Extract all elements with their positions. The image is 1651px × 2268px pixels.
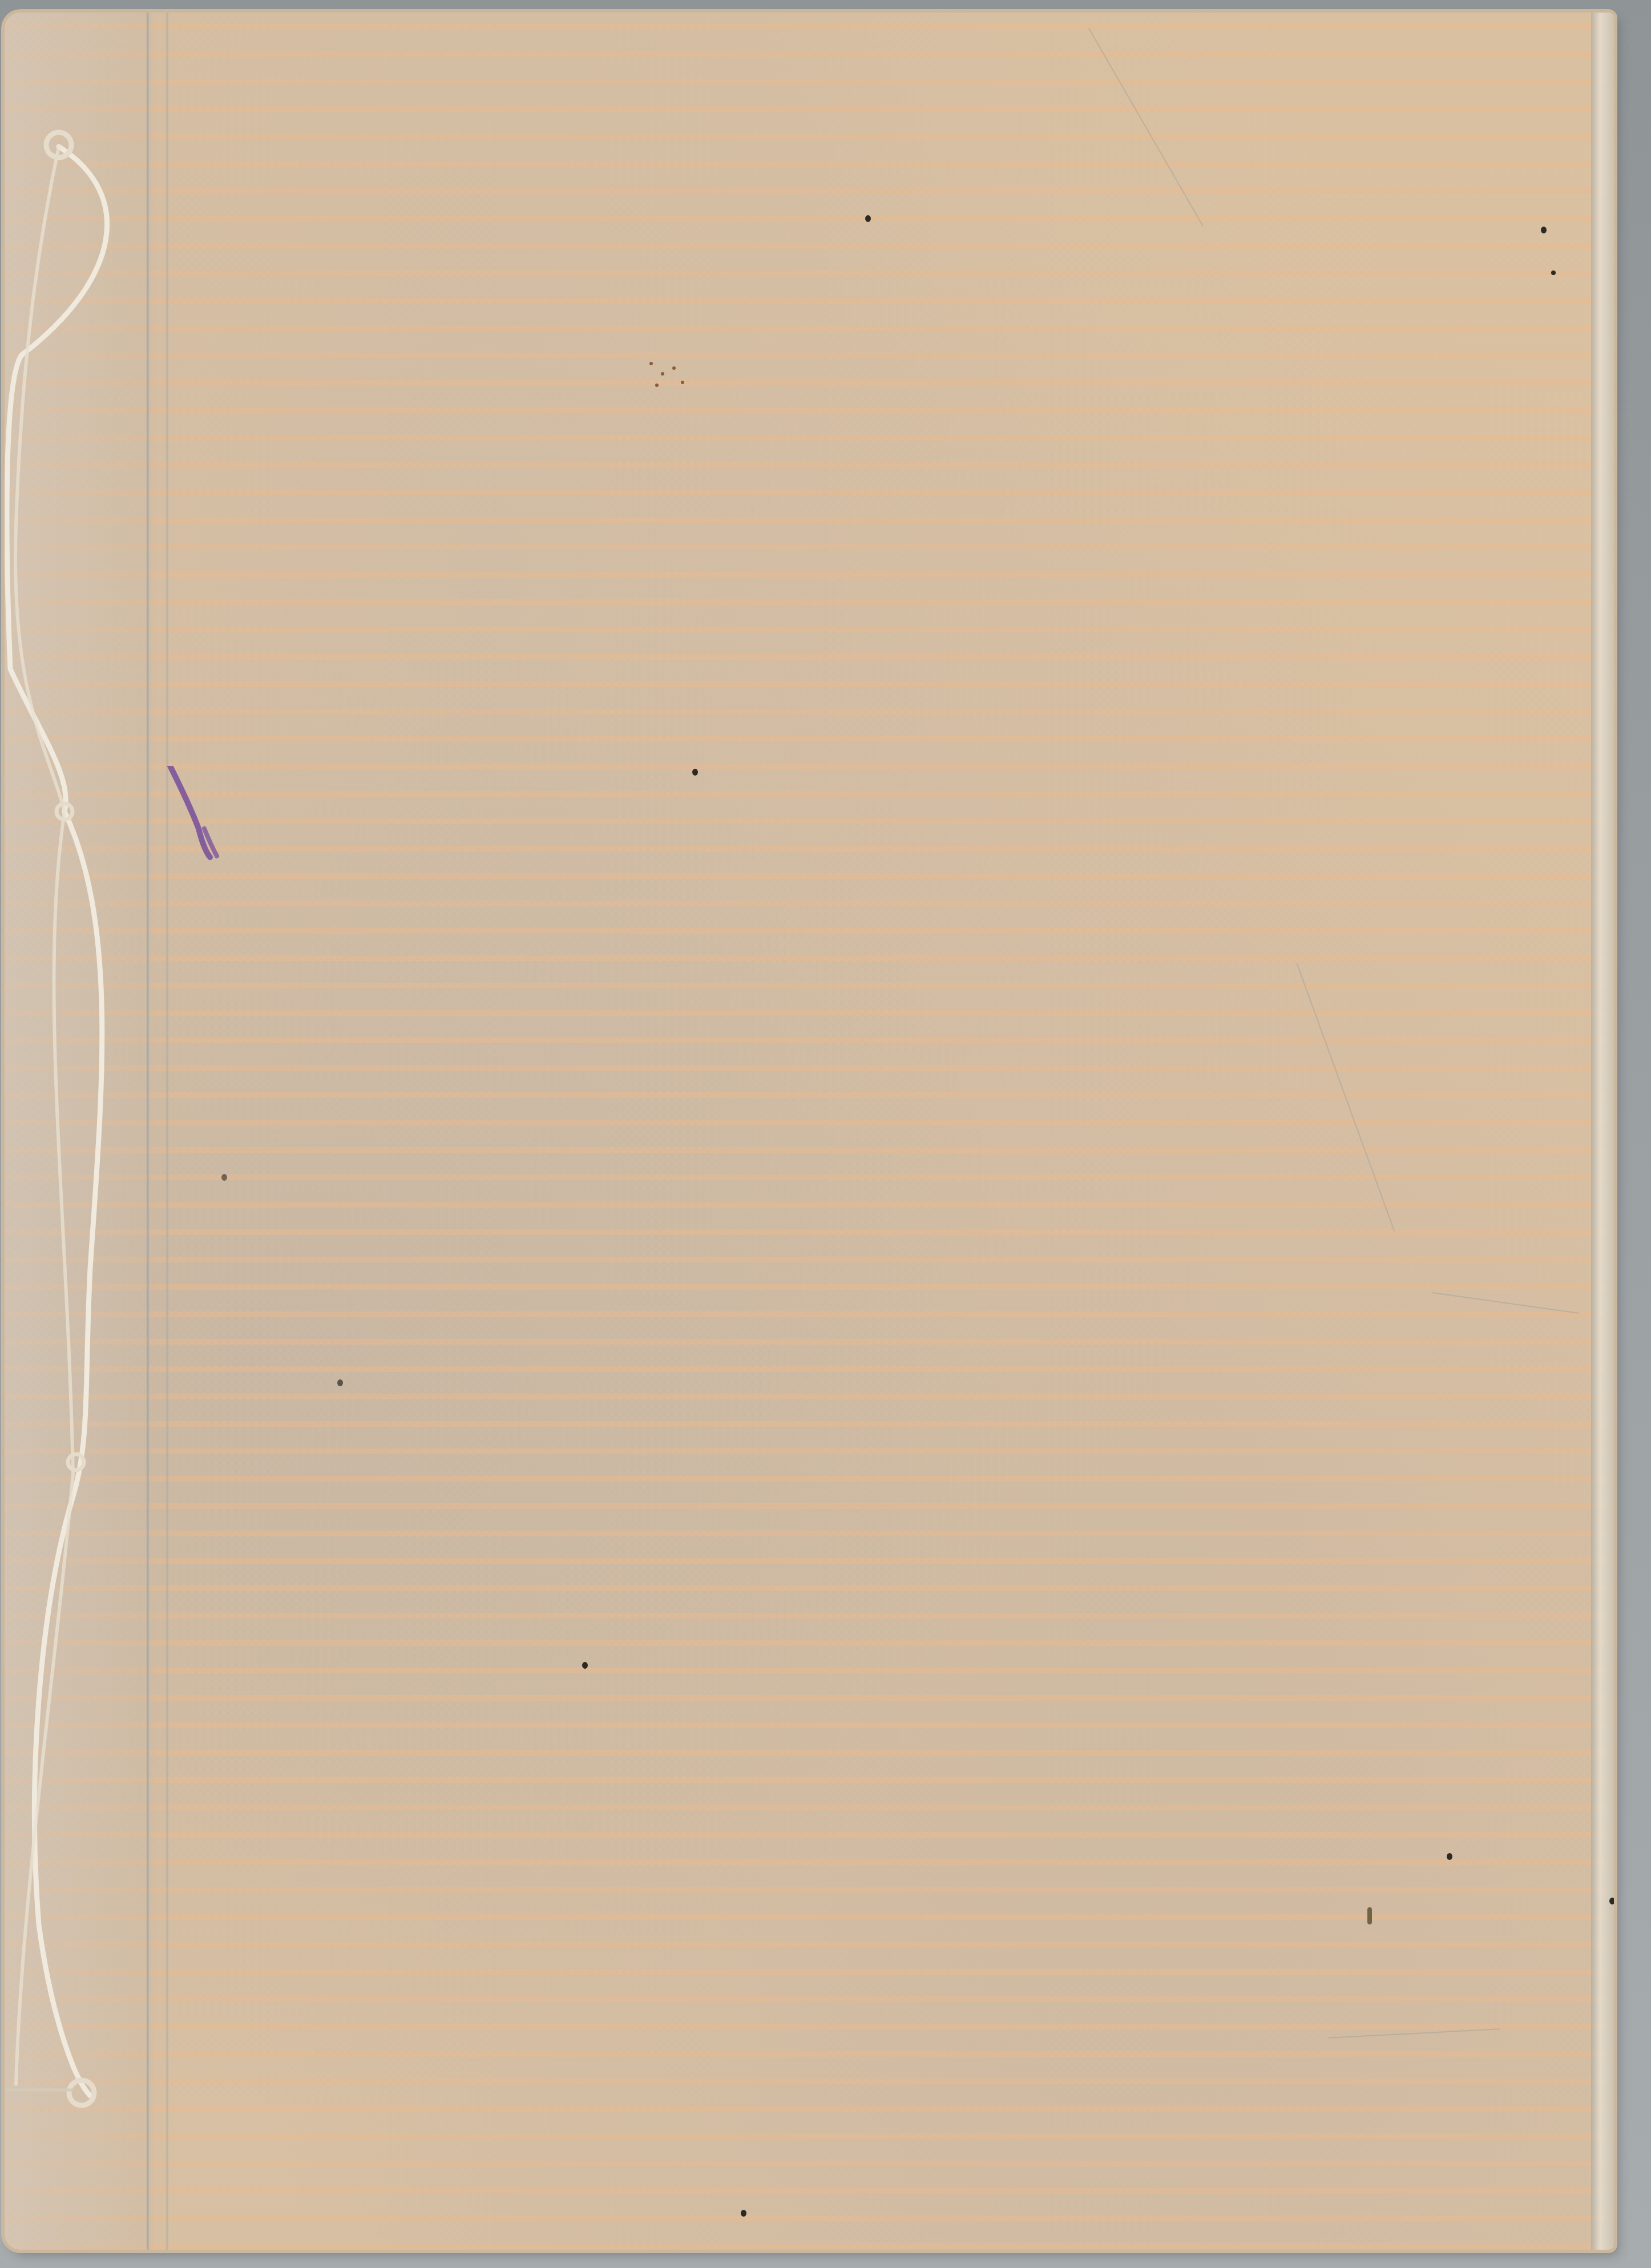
wormhole [221,1174,227,1181]
laid-paper-texture [5,13,1614,2250]
fore-edge [1591,13,1614,2250]
wormhole [649,362,653,365]
wormhole [582,1662,588,1669]
wormhole [1541,227,1547,233]
wormhole [672,366,676,370]
purple-ink-smudge [164,766,227,863]
spine-fold-line-secondary [165,13,169,2250]
binding-thread [5,13,153,2250]
wormhole [865,215,871,222]
wormhole [1551,271,1556,275]
binding-thread-icon [5,13,153,2250]
wormhole [1367,1907,1372,1924]
wormhole [337,1379,343,1386]
wormhole [1609,1898,1614,1904]
ink-smudge-icon [164,766,227,863]
wormhole [681,381,684,384]
wormhole [655,384,659,387]
wormhole [741,2210,746,2217]
wormhole [692,769,698,776]
wormhole [1447,1853,1452,1860]
book-cover [5,13,1614,2250]
wormhole [661,372,664,376]
